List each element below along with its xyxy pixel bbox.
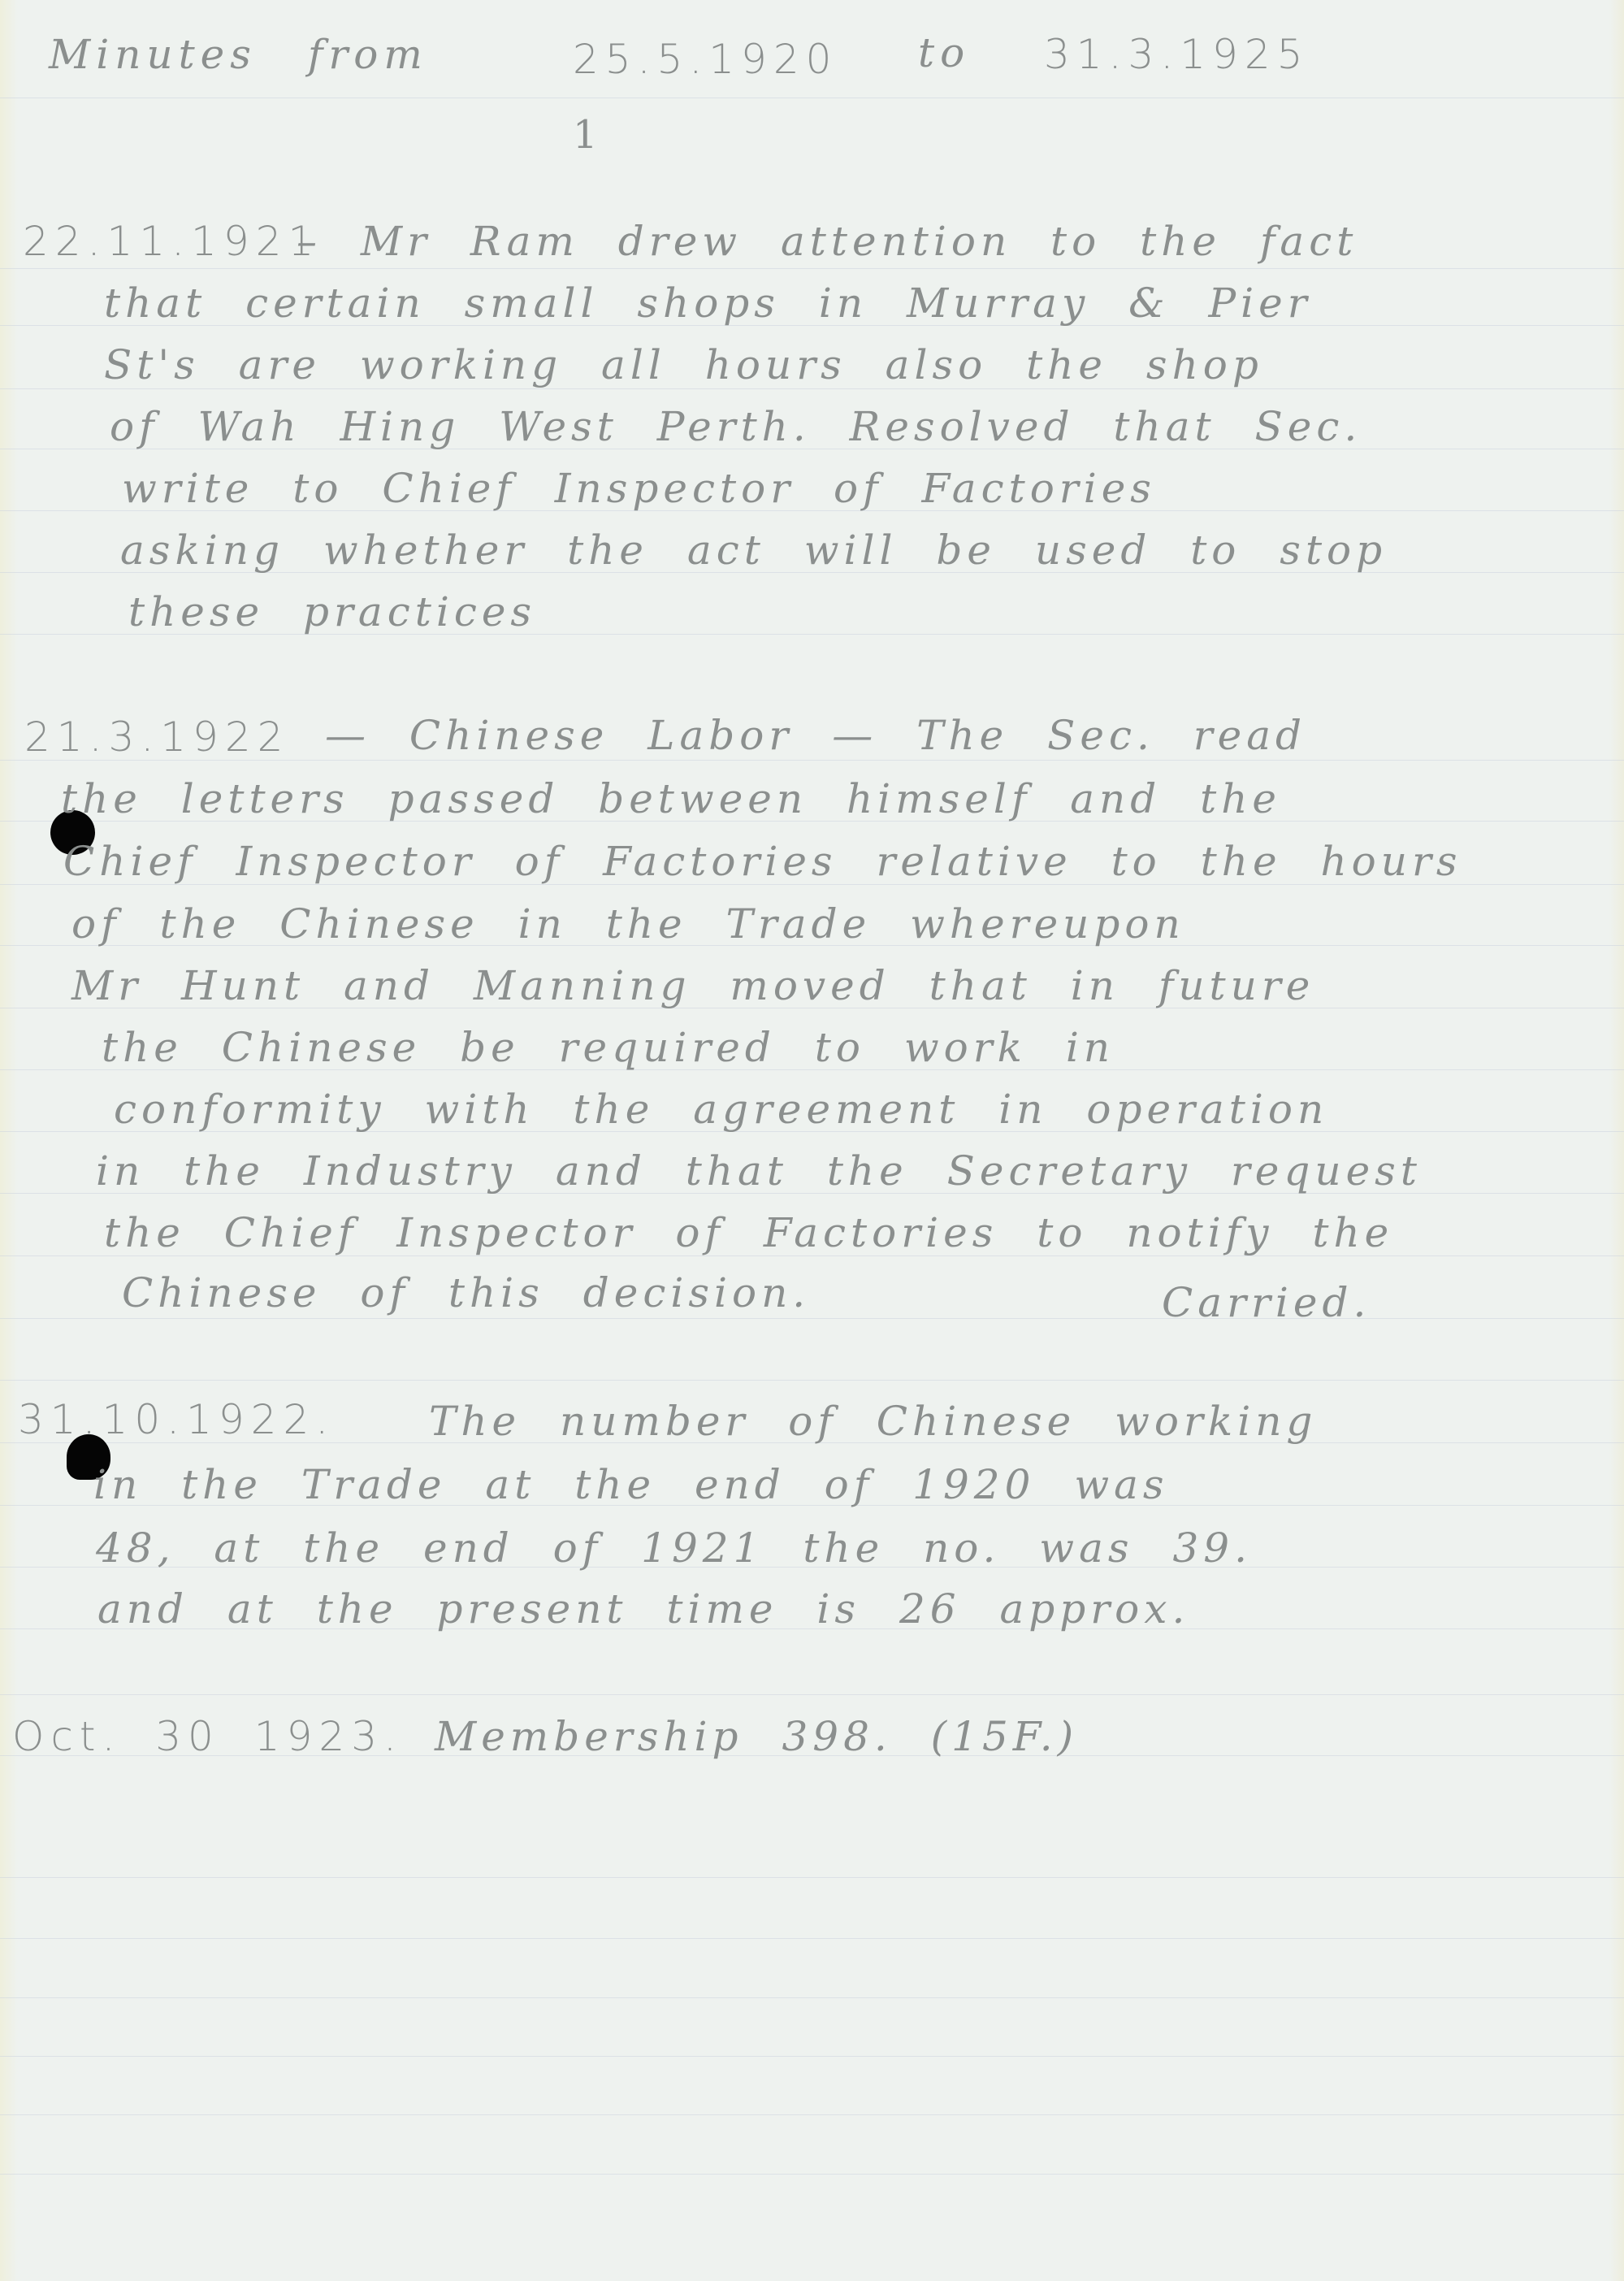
entry-line: write to Chief Inspector of Factories — [122, 468, 1156, 509]
heading-to-date: 31.3.1925 — [1044, 34, 1309, 75]
ruled-line — [0, 388, 1624, 389]
entry-line: of the Chinese in the Trade whereupon — [71, 904, 1185, 944]
entry-line: and at the present time is 26 approx. — [97, 1589, 1189, 1629]
entry-date: Oct. 30 1923. — [12, 1716, 403, 1757]
heading-text: Minutes from — [49, 34, 428, 75]
ruled-line — [0, 2114, 1624, 2115]
heading-from-date: 25.5.1920 — [573, 39, 838, 80]
ruled-line — [0, 1318, 1624, 1319]
entry-line: in the Industry and that the Secretary r… — [96, 1151, 1422, 1191]
entry-line: 48, at the end of 1921 the no. was 39. — [96, 1528, 1252, 1568]
ruled-line — [0, 1380, 1624, 1381]
entry-date: 21.3.1922 — [24, 717, 289, 757]
ruled-line — [0, 1997, 1624, 1998]
entry-line: The number of Chinese working — [429, 1401, 1317, 1442]
entry-line: asking whether the act will be used to s… — [120, 530, 1387, 570]
entry-line: of Wah Hing West Perth. Resolved that Se… — [110, 406, 1362, 447]
ruled-line — [0, 268, 1624, 269]
entry-line: — Chinese Labor — The Sec. read — [325, 715, 1306, 756]
entry-line: conformity with the agreement in operati… — [114, 1089, 1328, 1130]
heading-to-word: to — [918, 33, 970, 73]
entry-line: Chinese of this decision. — [122, 1273, 810, 1313]
entry-resolution: Carried. — [1162, 1282, 1371, 1323]
entry-line: – Mr Ram drew attention to the fact — [297, 221, 1358, 262]
entry-date: 22.11.1921 — [23, 221, 320, 262]
ruled-line — [0, 2174, 1624, 2175]
entry-line: the letters passed between himself and t… — [61, 778, 1281, 819]
entry-line: in the Trade at the end of 1920 was — [93, 1464, 1169, 1505]
paper-page: Minutes from 25.5.1920 to 31.3.1925 1 22… — [0, 0, 1624, 2281]
ruled-line — [0, 1877, 1624, 1878]
entry-line: Chief Inspector of Factories relative to… — [63, 841, 1462, 882]
entry-line: Mr Hunt and Manning moved that in future — [71, 965, 1314, 1006]
entry-line: the Chinese be required to work in — [102, 1027, 1115, 1068]
heading-mark: 1 — [573, 115, 603, 154]
entry-line: these practices — [128, 592, 536, 632]
ruled-line — [0, 1694, 1624, 1695]
ruled-line — [0, 2056, 1624, 2057]
ruled-line — [0, 98, 1624, 98]
entry-line: that certain small shops in Murray & Pie… — [104, 283, 1312, 323]
entry-line: St's are working all hours also the shop — [104, 345, 1263, 385]
entry-line: the Chief Inspector of Factories to noti… — [104, 1212, 1393, 1253]
ruled-line — [0, 1938, 1624, 1939]
entry-line: Membership 398. (15F.) — [435, 1716, 1078, 1757]
entry-date: 31.10.1922. — [18, 1399, 335, 1440]
